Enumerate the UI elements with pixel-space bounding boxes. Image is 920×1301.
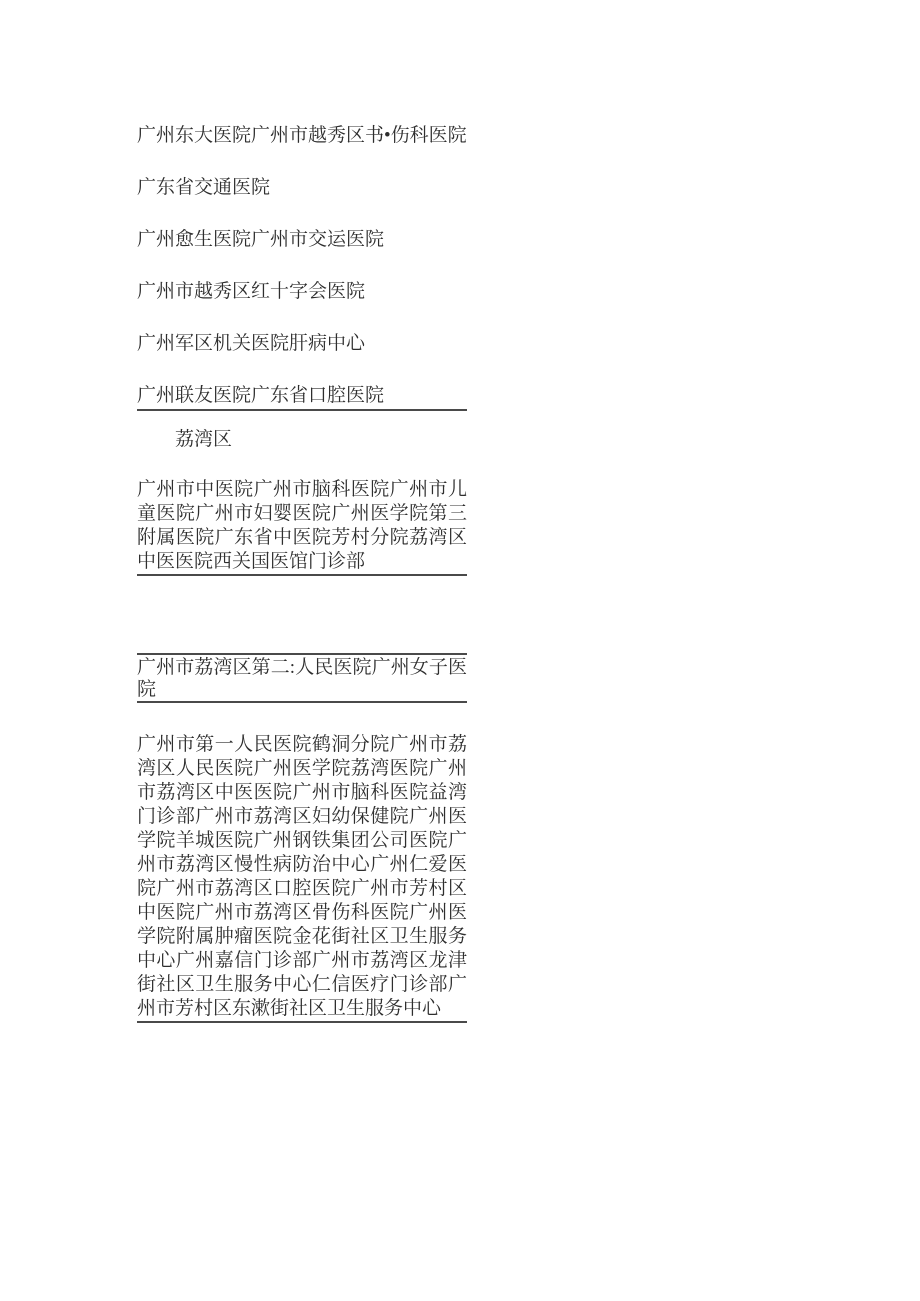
hospital-entry: 广州愈生医院广州市交运医院 xyxy=(137,228,467,252)
hospital-entry: 广州市越秀区红十字会医院 xyxy=(137,280,467,304)
district-heading-liwan: 荔湾区 xyxy=(137,428,467,452)
liwan-boxed-hospital-entry: 广州市荔湾区第二:人民医院广州女子医院 xyxy=(137,653,467,703)
hospital-entry: 广东省交通医院 xyxy=(137,176,467,200)
hospital-entry: 广州军区机关医院肝病中心 xyxy=(137,332,467,356)
document-page: 广州东大医院广州市越秀区书•伤科医院 广东省交通医院 广州愈生医院广州市交运医院… xyxy=(0,0,920,1301)
liwan-hospital-list-2: 广州市第一人民医院鹤洞分院广州市荔湾区人民医院广州医学院荔湾医院广州市荔湾区中医… xyxy=(137,733,467,1023)
liwan-hospital-list-1: 广州市中医院广州市脑科医院广州市儿童医院广州市妇婴医院广州医学院第三附属医院广东… xyxy=(137,478,467,576)
text-column: 广州东大医院广州市越秀区书•伤科医院 广东省交通医院 广州愈生医院广州市交运医院… xyxy=(137,124,467,1023)
hospital-entry: 广州东大医院广州市越秀区书•伤科医院 xyxy=(137,124,467,148)
hospital-entry-underlined: 广州联友医院广东省口腔医院 xyxy=(137,384,467,411)
